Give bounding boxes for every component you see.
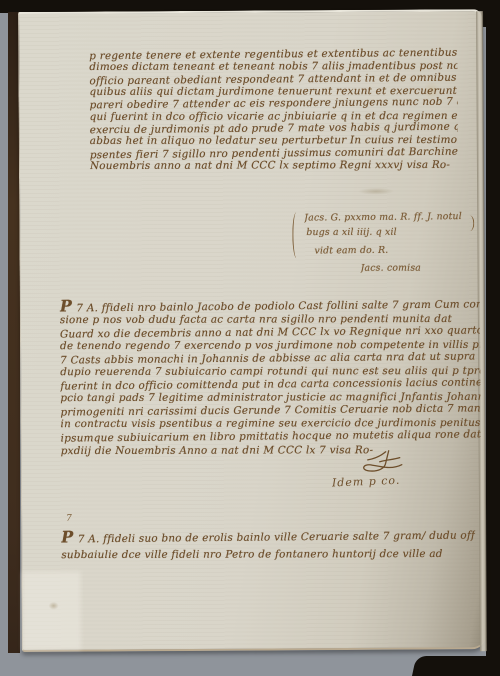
marginal-note-line: vidt eam do. R. (314, 239, 476, 262)
signature-text: Idem p co. (332, 471, 472, 490)
dark-surround-bottom-right-corner (412, 656, 500, 676)
paragraph-royal-letter-3: P 7 A. ffideli suo bno de erolis bainlo … (61, 525, 475, 565)
paragraph-3-superscript-mark: 7 (66, 514, 72, 524)
paragraph-royal-letter-2: P 7 A. ffideli nro bainlo Jacobo de podi… (60, 296, 481, 458)
marginal-chancery-note: Jacs. G. pxxmo ma. R. ff. J. notul bugs … (304, 209, 476, 277)
marginal-note-line: bugs a xil iiij. q xil (306, 224, 476, 240)
manuscript-line: subbaiulie dce ville fideli nro Petro de… (61, 546, 475, 564)
marginal-note-bracket-left (292, 212, 301, 258)
paper-smudge (358, 188, 394, 195)
marginal-note-line: Jacs. comisa (361, 260, 477, 276)
manuscript-photo: p regente tenere et extente regentibus e… (0, 0, 500, 676)
paper-light-patch (22, 572, 80, 650)
manuscript-line: P 7 A. ffideli suo bno de erolis bainlo … (61, 524, 475, 548)
notarial-signature: Idem p co. (322, 449, 472, 487)
dark-surround-right-gutter (486, 0, 500, 676)
paragraph-royal-letter-1: p regente tenere et extente regentibus e… (89, 47, 458, 173)
paper-speck (49, 602, 59, 610)
manuscript-page: p regente tenere et extente regentibus e… (18, 9, 486, 652)
manuscript-line: Nouembris anno a nat dni M CCC lx septim… (90, 159, 458, 172)
signature-flourish-icon (356, 450, 408, 474)
marginal-note-line: Jacs. G. pxxmo ma. R. ff. J. notul (304, 209, 476, 226)
